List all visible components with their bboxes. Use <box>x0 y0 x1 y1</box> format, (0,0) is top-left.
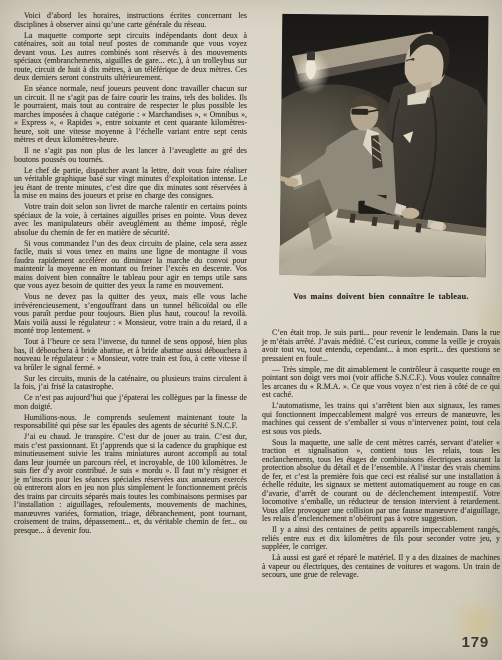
paragraph: Il ne s’agit pas non plus de les lancer … <box>14 147 247 164</box>
photo-figure: Vos mains doivent bien connaître le tabl… <box>262 15 500 302</box>
paragraph: Vous ne devez pas la quitter des yeux, m… <box>14 293 247 336</box>
paragraph: Sur les circuits, munis de la caténaire,… <box>14 375 247 392</box>
paragraph: Tout à l’heure ce sera l’inverse, du tun… <box>14 338 247 372</box>
paragraph: Voici d’abord les horaires, instructions… <box>14 12 247 29</box>
photo-caption: Vos mains doivent bien connaître le tabl… <box>262 292 500 302</box>
left-column: Voici d’abord les horaires, instructions… <box>14 12 247 538</box>
scanned-book-page: Voici d’abord les horaires, instructions… <box>0 0 502 660</box>
paragraph: Si vous commandez l’un des deux circuits… <box>14 240 247 291</box>
right-paragraphs: C’en était trop. Je suis parti... pour r… <box>262 329 500 580</box>
paragraph: En séance normale, neuf joueurs peuvent … <box>14 85 247 145</box>
paragraph: Votre train doit selon son livret de mar… <box>14 203 247 237</box>
paragraph: Le chef de partie, dispatcher avant la l… <box>14 167 247 201</box>
paragraph: Ce n’est pas aujourd’hui que j’épaterai … <box>14 394 247 411</box>
paragraph: Là aussi est garé et réparé le matériel.… <box>262 554 500 580</box>
paragraph: J’ai eu chaud. Je transpire. C’est dur d… <box>14 433 247 535</box>
paragraph: Il y a ainsi des centaines de petits app… <box>262 526 500 552</box>
paragraph: La maquette comporte sept circuits indép… <box>14 32 247 83</box>
paragraph: C’en était trop. Je suis parti... pour r… <box>262 329 500 363</box>
page-number: 179 <box>462 634 489 651</box>
right-column: Vos mains doivent bien connaître le tabl… <box>262 0 500 582</box>
photo-two-men-control-panel <box>280 14 489 277</box>
photo-illustration <box>280 14 489 277</box>
left-paragraphs: Voici d’abord les horaires, instructions… <box>14 12 247 535</box>
paragraph: — Très simple, me dit aimablement le con… <box>262 366 500 400</box>
paragraph: Humilions-nous. Je comprends seulement m… <box>14 414 247 431</box>
paragraph: L’automatisme, les trains qui s’arrêtent… <box>262 402 500 436</box>
paragraph: Sous la maquette, une salle de cent mètr… <box>262 439 500 524</box>
